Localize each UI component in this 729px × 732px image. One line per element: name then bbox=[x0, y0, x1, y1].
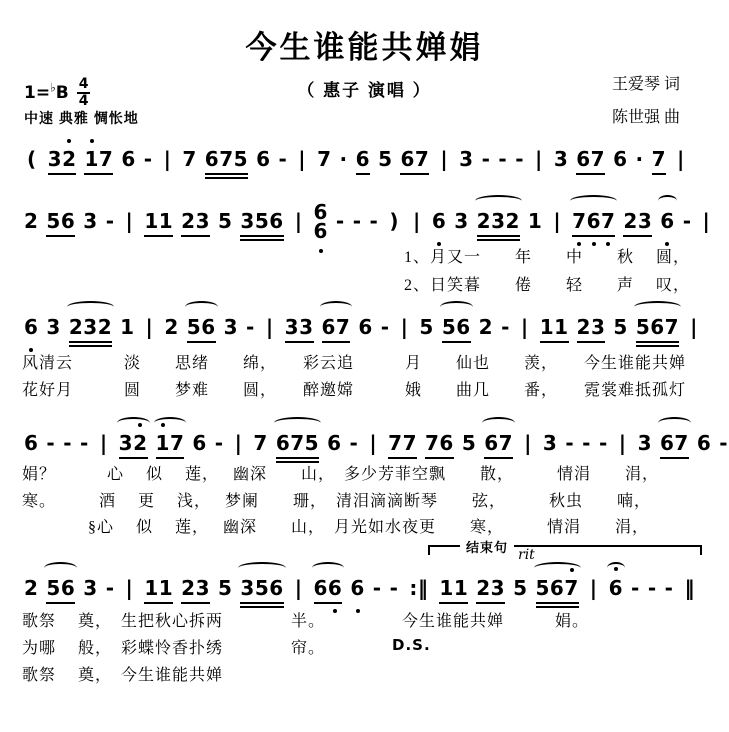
lyrics-verse1-line2: 风清云 淡 思绪 绵， 彩云追 月 仙也 羡， 今生谁能共婵 bbox=[22, 350, 686, 373]
note-digit: - bbox=[582, 430, 591, 456]
lyrics-verse1-line4: 歌祭 奠， 生把秋心拆两 半。 今生谁能共婵 娟。 bbox=[22, 608, 589, 631]
note-digit: 6 bbox=[121, 146, 135, 172]
music-token: 356 bbox=[240, 208, 283, 241]
note-digit: 2 bbox=[133, 430, 147, 456]
music-token: · bbox=[636, 146, 644, 172]
slur-arc bbox=[238, 562, 285, 574]
music-token: 32 bbox=[48, 146, 77, 175]
music-token: 77 bbox=[388, 430, 417, 459]
slur-arc bbox=[534, 562, 581, 574]
note-digit: 6 bbox=[439, 430, 453, 456]
music-line-2: 2563-|11235356|66---)|632321|767236-| bbox=[20, 203, 717, 229]
note-digit: 5 bbox=[513, 575, 527, 601]
note-digit: 1 bbox=[144, 575, 158, 601]
note-digit: - bbox=[565, 430, 574, 456]
note-digit: 5 bbox=[218, 575, 232, 601]
note-digit: 1 bbox=[84, 146, 98, 172]
octave-dot-above bbox=[138, 423, 142, 427]
lyrics-verse2-line3: 寒。 酒 更 浅， 梦阑 珊， 清泪滴滴断琴 弦， 秋虫 喃， bbox=[22, 488, 651, 511]
note-digit: - bbox=[390, 575, 399, 601]
music-line-5: 2563-|11235356|666--:‖11235567|6---‖ bbox=[20, 575, 702, 601]
note-digit: - bbox=[599, 430, 608, 456]
note-digit: 7 bbox=[99, 146, 113, 172]
music-token: 11 bbox=[439, 575, 468, 604]
note-digit: | bbox=[535, 146, 543, 172]
key-signature: 1=♭B44 bbox=[24, 78, 90, 108]
barline: | bbox=[126, 575, 134, 601]
rit-marking: rit bbox=[516, 547, 537, 563]
music-token: - bbox=[370, 208, 379, 234]
note-digit: ) bbox=[389, 208, 399, 234]
note-digit: 7 bbox=[317, 146, 331, 172]
note-digit: 6 bbox=[322, 314, 336, 340]
note-digit: | bbox=[440, 146, 448, 172]
note-digit: 6 bbox=[327, 430, 341, 456]
note-digit: 3 bbox=[196, 575, 210, 601]
music-token: 23 bbox=[181, 208, 210, 237]
octave-dot-above bbox=[90, 139, 94, 143]
note-digit: 6 bbox=[256, 146, 270, 172]
music-token: · bbox=[340, 146, 348, 172]
note-digit: 7 bbox=[652, 146, 666, 172]
note-digit: 5 bbox=[462, 430, 476, 456]
meter-denominator: 4 bbox=[77, 94, 91, 108]
note-digit: 2 bbox=[506, 208, 520, 234]
note-digit: 3 bbox=[638, 430, 652, 456]
barline: | bbox=[524, 430, 532, 456]
note-digit: - bbox=[350, 430, 359, 456]
music-token: 2 bbox=[24, 575, 38, 601]
note-digit: 1 bbox=[159, 208, 173, 234]
note-digit: 7 bbox=[425, 430, 439, 456]
music-token: 6 bbox=[121, 146, 135, 172]
ds-marking: D.S. bbox=[392, 636, 431, 654]
note-digit: | bbox=[553, 208, 561, 234]
note-digit: 6 bbox=[660, 430, 674, 456]
note-digit: 1 bbox=[439, 575, 453, 601]
note-digit: 7 bbox=[219, 146, 233, 172]
music-token: 7 bbox=[652, 146, 666, 175]
barline: | bbox=[164, 146, 172, 172]
music-token: - bbox=[106, 208, 115, 234]
music-token: - bbox=[278, 146, 287, 172]
music-token: 6 bbox=[350, 575, 364, 601]
note-digit: 6 bbox=[613, 146, 627, 172]
key-letter: B bbox=[56, 83, 69, 103]
barline: | bbox=[535, 146, 543, 172]
music-token: 2 bbox=[24, 208, 38, 234]
music-token: - bbox=[683, 208, 692, 234]
note-digit: 6 bbox=[205, 146, 219, 172]
note-digit: ( bbox=[27, 146, 37, 172]
music-token: 23 bbox=[623, 208, 652, 237]
music-token: 1 bbox=[120, 314, 134, 340]
note-digit: ‖ bbox=[418, 575, 429, 601]
note-digit: 5 bbox=[46, 575, 60, 601]
note-digit: 6 bbox=[192, 430, 206, 456]
note-digit: | bbox=[295, 575, 303, 601]
note-digit: 1 bbox=[540, 314, 554, 340]
barline: | bbox=[440, 146, 448, 172]
note-digit: 6 bbox=[314, 575, 328, 601]
music-token: 6 bbox=[660, 208, 674, 234]
music-token: - bbox=[665, 575, 674, 601]
note-digit: | bbox=[369, 430, 377, 456]
lyrics-verse3-line4: 歌祭 奠， 今生谁能共婵 bbox=[22, 662, 223, 685]
music-token: - bbox=[631, 575, 640, 601]
note-digit: 5 bbox=[536, 575, 550, 601]
music-token: 5 bbox=[218, 575, 232, 601]
note-digit: | bbox=[690, 314, 698, 340]
music-token: - bbox=[63, 430, 72, 456]
slur-arc bbox=[185, 301, 218, 313]
music-token: - bbox=[373, 575, 382, 601]
note-digit: 1 bbox=[454, 575, 468, 601]
music-token: 3 bbox=[543, 430, 557, 456]
music-token: 23 bbox=[181, 575, 210, 604]
music-token: 3 bbox=[83, 575, 97, 601]
music-token: 3 bbox=[224, 314, 238, 340]
music-token: 56 bbox=[46, 575, 75, 604]
note-digit: - bbox=[515, 146, 524, 172]
music-token: 567 bbox=[636, 314, 679, 347]
note-digit: 2 bbox=[623, 208, 637, 234]
slur-arc bbox=[482, 417, 515, 429]
music-token: 23 bbox=[476, 575, 505, 604]
lyrics-verse2-line1: 2、日笑暮 倦 轻 声 叹， bbox=[404, 272, 690, 295]
music-token: 17 bbox=[156, 430, 185, 459]
note-digit: 3 bbox=[46, 314, 60, 340]
note-digit: - bbox=[381, 314, 390, 340]
music-token: 356 bbox=[240, 575, 283, 608]
note-digit: 7 bbox=[182, 146, 196, 172]
barline: | bbox=[126, 208, 134, 234]
music-token: 5 bbox=[378, 146, 392, 172]
barline: | bbox=[266, 314, 274, 340]
barline: | bbox=[100, 430, 108, 456]
note-digit: | bbox=[401, 314, 409, 340]
music-token: 6 bbox=[256, 146, 270, 172]
barline: | bbox=[590, 575, 598, 601]
note-digit: 6 bbox=[269, 208, 283, 234]
note-digit: - bbox=[278, 146, 287, 172]
music-token: 17 bbox=[84, 146, 113, 175]
note-digit: 6 bbox=[350, 575, 364, 601]
music-token: 232 bbox=[69, 314, 112, 347]
music-token: 66 bbox=[314, 575, 343, 604]
barline: | bbox=[677, 146, 685, 172]
music-token: - bbox=[599, 430, 608, 456]
note-digit: 7 bbox=[564, 575, 578, 601]
music-token: - bbox=[719, 430, 728, 456]
note-digit: 7 bbox=[253, 430, 267, 456]
note-digit: | bbox=[619, 430, 627, 456]
octave-dot-above bbox=[161, 423, 165, 427]
note-digit: ‖ bbox=[684, 575, 695, 601]
barline: | bbox=[146, 314, 154, 340]
music-token: - bbox=[246, 314, 255, 340]
slur-arc bbox=[154, 417, 187, 429]
barline: | bbox=[295, 208, 303, 234]
note-digit: 6 bbox=[328, 575, 342, 601]
slur-arc bbox=[312, 562, 345, 574]
barline: | bbox=[690, 314, 698, 340]
note-digit: 5 bbox=[255, 208, 269, 234]
note-digit: 6 bbox=[24, 314, 38, 340]
note-digit: 3 bbox=[459, 146, 473, 172]
lyrics-verse2-line4: 为哪 般， 彩蝶怜香扑绣 帘。 bbox=[22, 635, 325, 658]
music-token: - bbox=[106, 575, 115, 601]
note-digit: 5 bbox=[46, 208, 60, 234]
note-digit: | bbox=[298, 146, 306, 172]
music-token: - bbox=[350, 430, 359, 456]
slur-arc bbox=[67, 301, 114, 313]
slur-arc bbox=[274, 417, 321, 429]
note-digit: - bbox=[683, 208, 692, 234]
music-token: 3 bbox=[554, 146, 568, 172]
note-digit: | bbox=[521, 314, 529, 340]
note-digit: · bbox=[636, 146, 644, 172]
note-digit: 6 bbox=[61, 575, 75, 601]
note-digit: 3 bbox=[119, 430, 133, 456]
note-digit: 5 bbox=[613, 314, 627, 340]
note-digit: 5 bbox=[218, 208, 232, 234]
note-digit: 6 bbox=[61, 208, 75, 234]
music-token: 6 bbox=[356, 146, 370, 175]
ending-phrase-label: 结束句 bbox=[460, 537, 514, 556]
note-digit: 6 bbox=[314, 222, 328, 241]
music-token: 6 bbox=[432, 208, 446, 234]
note-digit: - bbox=[631, 575, 640, 601]
note-digit: 7 bbox=[499, 430, 513, 456]
note-digit: 3 bbox=[196, 208, 210, 234]
note-digit: 3 bbox=[83, 208, 97, 234]
note-digit: - bbox=[46, 430, 55, 456]
slur-arc bbox=[440, 301, 473, 313]
barline: | bbox=[369, 430, 377, 456]
note-digit: 6 bbox=[276, 430, 290, 456]
music-token: - bbox=[80, 430, 89, 456]
note-digit: 3 bbox=[454, 208, 468, 234]
note-digit: - bbox=[498, 146, 507, 172]
barline: | bbox=[295, 575, 303, 601]
credits-block: 王爱琴 词 陈世强 曲 bbox=[612, 68, 680, 134]
note-digit: | bbox=[677, 146, 685, 172]
note-digit: 3 bbox=[48, 146, 62, 172]
lyrics-verse1-line1: 1、月又一 年 中 秋 圆， bbox=[404, 244, 690, 267]
music-token: 56 bbox=[442, 314, 471, 343]
music-token: 5 bbox=[419, 314, 433, 340]
music-token: 2 bbox=[479, 314, 493, 340]
slur-arc bbox=[658, 417, 691, 429]
music-token: 6 bbox=[24, 314, 38, 340]
note-digit: | bbox=[266, 314, 274, 340]
lyrics-verse1-line3: 娟？ 心 似 莲， 幽深 山， 多少芳菲空飘 散， 情涓 涓， bbox=[22, 461, 659, 484]
note-digit: 3 bbox=[83, 314, 97, 340]
note-digit: - bbox=[144, 146, 153, 172]
note-digit: 2 bbox=[477, 208, 491, 234]
music-token: 32 bbox=[119, 430, 148, 459]
note-digit: 5 bbox=[442, 314, 456, 340]
barline: | bbox=[703, 208, 711, 234]
note-digit: 6 bbox=[576, 146, 590, 172]
barline: | bbox=[521, 314, 529, 340]
note-digit: 3 bbox=[240, 208, 254, 234]
note-digit: | bbox=[126, 208, 134, 234]
note-digit: - bbox=[370, 208, 379, 234]
note-digit: 2 bbox=[164, 314, 178, 340]
music-token: 6 bbox=[24, 430, 38, 456]
note-digit: 5 bbox=[636, 314, 650, 340]
music-token: 5 bbox=[513, 575, 527, 601]
note-digit: : bbox=[409, 575, 418, 601]
barline: ) bbox=[389, 208, 399, 234]
note-digit: 1 bbox=[159, 575, 173, 601]
note-digit: - bbox=[80, 430, 89, 456]
composer-credit: 陈世强 曲 bbox=[612, 101, 680, 134]
note-digit: 5 bbox=[378, 146, 392, 172]
note-digit: 5 bbox=[255, 575, 269, 601]
note-digit: 3 bbox=[491, 575, 505, 601]
slur-arc bbox=[320, 301, 353, 313]
music-token: 767 bbox=[572, 208, 615, 237]
music-token: - bbox=[498, 146, 507, 172]
music-token: 7 bbox=[253, 430, 267, 456]
music-token: - bbox=[144, 146, 153, 172]
note-digit: - bbox=[373, 575, 382, 601]
music-token: 6 bbox=[609, 575, 623, 601]
music-token: 3 bbox=[83, 208, 97, 234]
music-token: 56 bbox=[46, 208, 75, 237]
note-digit: 3 bbox=[591, 314, 605, 340]
note-digit: | bbox=[295, 208, 303, 234]
note-digit: 7 bbox=[665, 314, 679, 340]
music-token: - bbox=[390, 575, 399, 601]
note-digit: 6 bbox=[650, 314, 664, 340]
music-token: 11 bbox=[144, 575, 173, 604]
note-digit: 2 bbox=[98, 314, 112, 340]
note-digit: 2 bbox=[62, 146, 76, 172]
music-token: 675 bbox=[276, 430, 319, 463]
music-token: 3 bbox=[454, 208, 468, 234]
note-digit: - bbox=[106, 208, 115, 234]
note-digit: | bbox=[413, 208, 421, 234]
music-token: 675 bbox=[205, 146, 248, 179]
note-digit: - bbox=[501, 314, 510, 340]
barline: ‖ bbox=[684, 575, 695, 601]
music-token: - bbox=[515, 146, 524, 172]
meter-numerator: 4 bbox=[77, 78, 91, 94]
chord-stack: 66 bbox=[314, 203, 328, 241]
note-digit: 1 bbox=[144, 208, 158, 234]
music-token: 76 bbox=[425, 430, 454, 459]
note-digit: 1 bbox=[120, 314, 134, 340]
music-line-1: (32176-|76756-|7·6567|3---|3676·7| bbox=[20, 146, 692, 172]
slur-arc bbox=[570, 195, 617, 207]
note-digit: 3 bbox=[224, 314, 238, 340]
note-digit: 6 bbox=[432, 208, 446, 234]
music-token: 56 bbox=[187, 314, 216, 343]
music-token: - bbox=[501, 314, 510, 340]
music-token: 6 bbox=[697, 430, 711, 456]
music-token: 6 bbox=[358, 314, 372, 340]
chord-note: 6 bbox=[314, 222, 328, 241]
note-digit: 7 bbox=[572, 208, 586, 234]
note-digit: 7 bbox=[591, 146, 605, 172]
octave-dot-above bbox=[570, 568, 574, 572]
note-digit: | bbox=[703, 208, 711, 234]
barline: | bbox=[401, 314, 409, 340]
note-digit: 5 bbox=[234, 146, 248, 172]
note-digit: 5 bbox=[419, 314, 433, 340]
note-digit: 6 bbox=[660, 208, 674, 234]
music-token: - bbox=[381, 314, 390, 340]
lyricist-credit: 王爱琴 词 bbox=[612, 68, 680, 101]
note-digit: 7 bbox=[674, 430, 688, 456]
note-digit: 3 bbox=[285, 314, 299, 340]
note-digit: 6 bbox=[24, 430, 38, 456]
barline: :‖ bbox=[409, 575, 428, 601]
music-token: 6 bbox=[327, 430, 341, 456]
lyrics-verse2-line2: 花好月 圆 梦难 圆， 醉邀嫦 娥 曲几 番， 霓裳难抵孤灯 bbox=[22, 377, 686, 400]
note-digit: | bbox=[524, 430, 532, 456]
music-token: 7 bbox=[182, 146, 196, 172]
fermata-dot bbox=[614, 567, 618, 571]
note-digit: 6 bbox=[356, 146, 370, 172]
music-token: 3 bbox=[459, 146, 473, 172]
ending-phrase-bracket: 结束句 rit bbox=[428, 545, 702, 559]
note-digit: 3 bbox=[638, 208, 652, 234]
note-digit: 6 bbox=[456, 314, 470, 340]
music-token: 3 bbox=[638, 430, 652, 456]
music-token: 67 bbox=[484, 430, 513, 459]
tempo-marking: 中速 典雅 惆怅地 bbox=[24, 108, 139, 128]
music-token: - bbox=[482, 146, 491, 172]
note-digit: | bbox=[146, 314, 154, 340]
note-digit: 3 bbox=[543, 430, 557, 456]
music-token: 33 bbox=[285, 314, 314, 343]
note-digit: 2 bbox=[476, 575, 490, 601]
music-token: 6 bbox=[613, 146, 627, 172]
barline: ( bbox=[27, 146, 37, 172]
note-digit: 3 bbox=[240, 575, 254, 601]
octave-dot-above bbox=[67, 139, 71, 143]
music-token: - bbox=[336, 208, 345, 234]
note-digit: · bbox=[340, 146, 348, 172]
music-token: 3 bbox=[46, 314, 60, 340]
music-token: - bbox=[215, 430, 224, 456]
note-digit: - bbox=[665, 575, 674, 601]
note-digit: 2 bbox=[69, 314, 83, 340]
music-token: 11 bbox=[540, 314, 569, 343]
note-digit: 6 bbox=[609, 575, 623, 601]
note-digit: 7 bbox=[336, 314, 350, 340]
note-digit: - bbox=[215, 430, 224, 456]
music-token: 1 bbox=[528, 208, 542, 234]
note-digit: | bbox=[126, 575, 134, 601]
note-digit: 3 bbox=[83, 575, 97, 601]
music-token: 23 bbox=[577, 314, 606, 343]
note-digit: 5 bbox=[187, 314, 201, 340]
barline: | bbox=[235, 430, 243, 456]
note-digit: 6 bbox=[201, 314, 215, 340]
music-token: 7 bbox=[317, 146, 331, 172]
music-token: 67 bbox=[322, 314, 351, 343]
music-token: 232 bbox=[477, 208, 520, 241]
note-digit: 1 bbox=[528, 208, 542, 234]
slur-arc bbox=[634, 301, 681, 313]
note-digit: 6 bbox=[269, 575, 283, 601]
